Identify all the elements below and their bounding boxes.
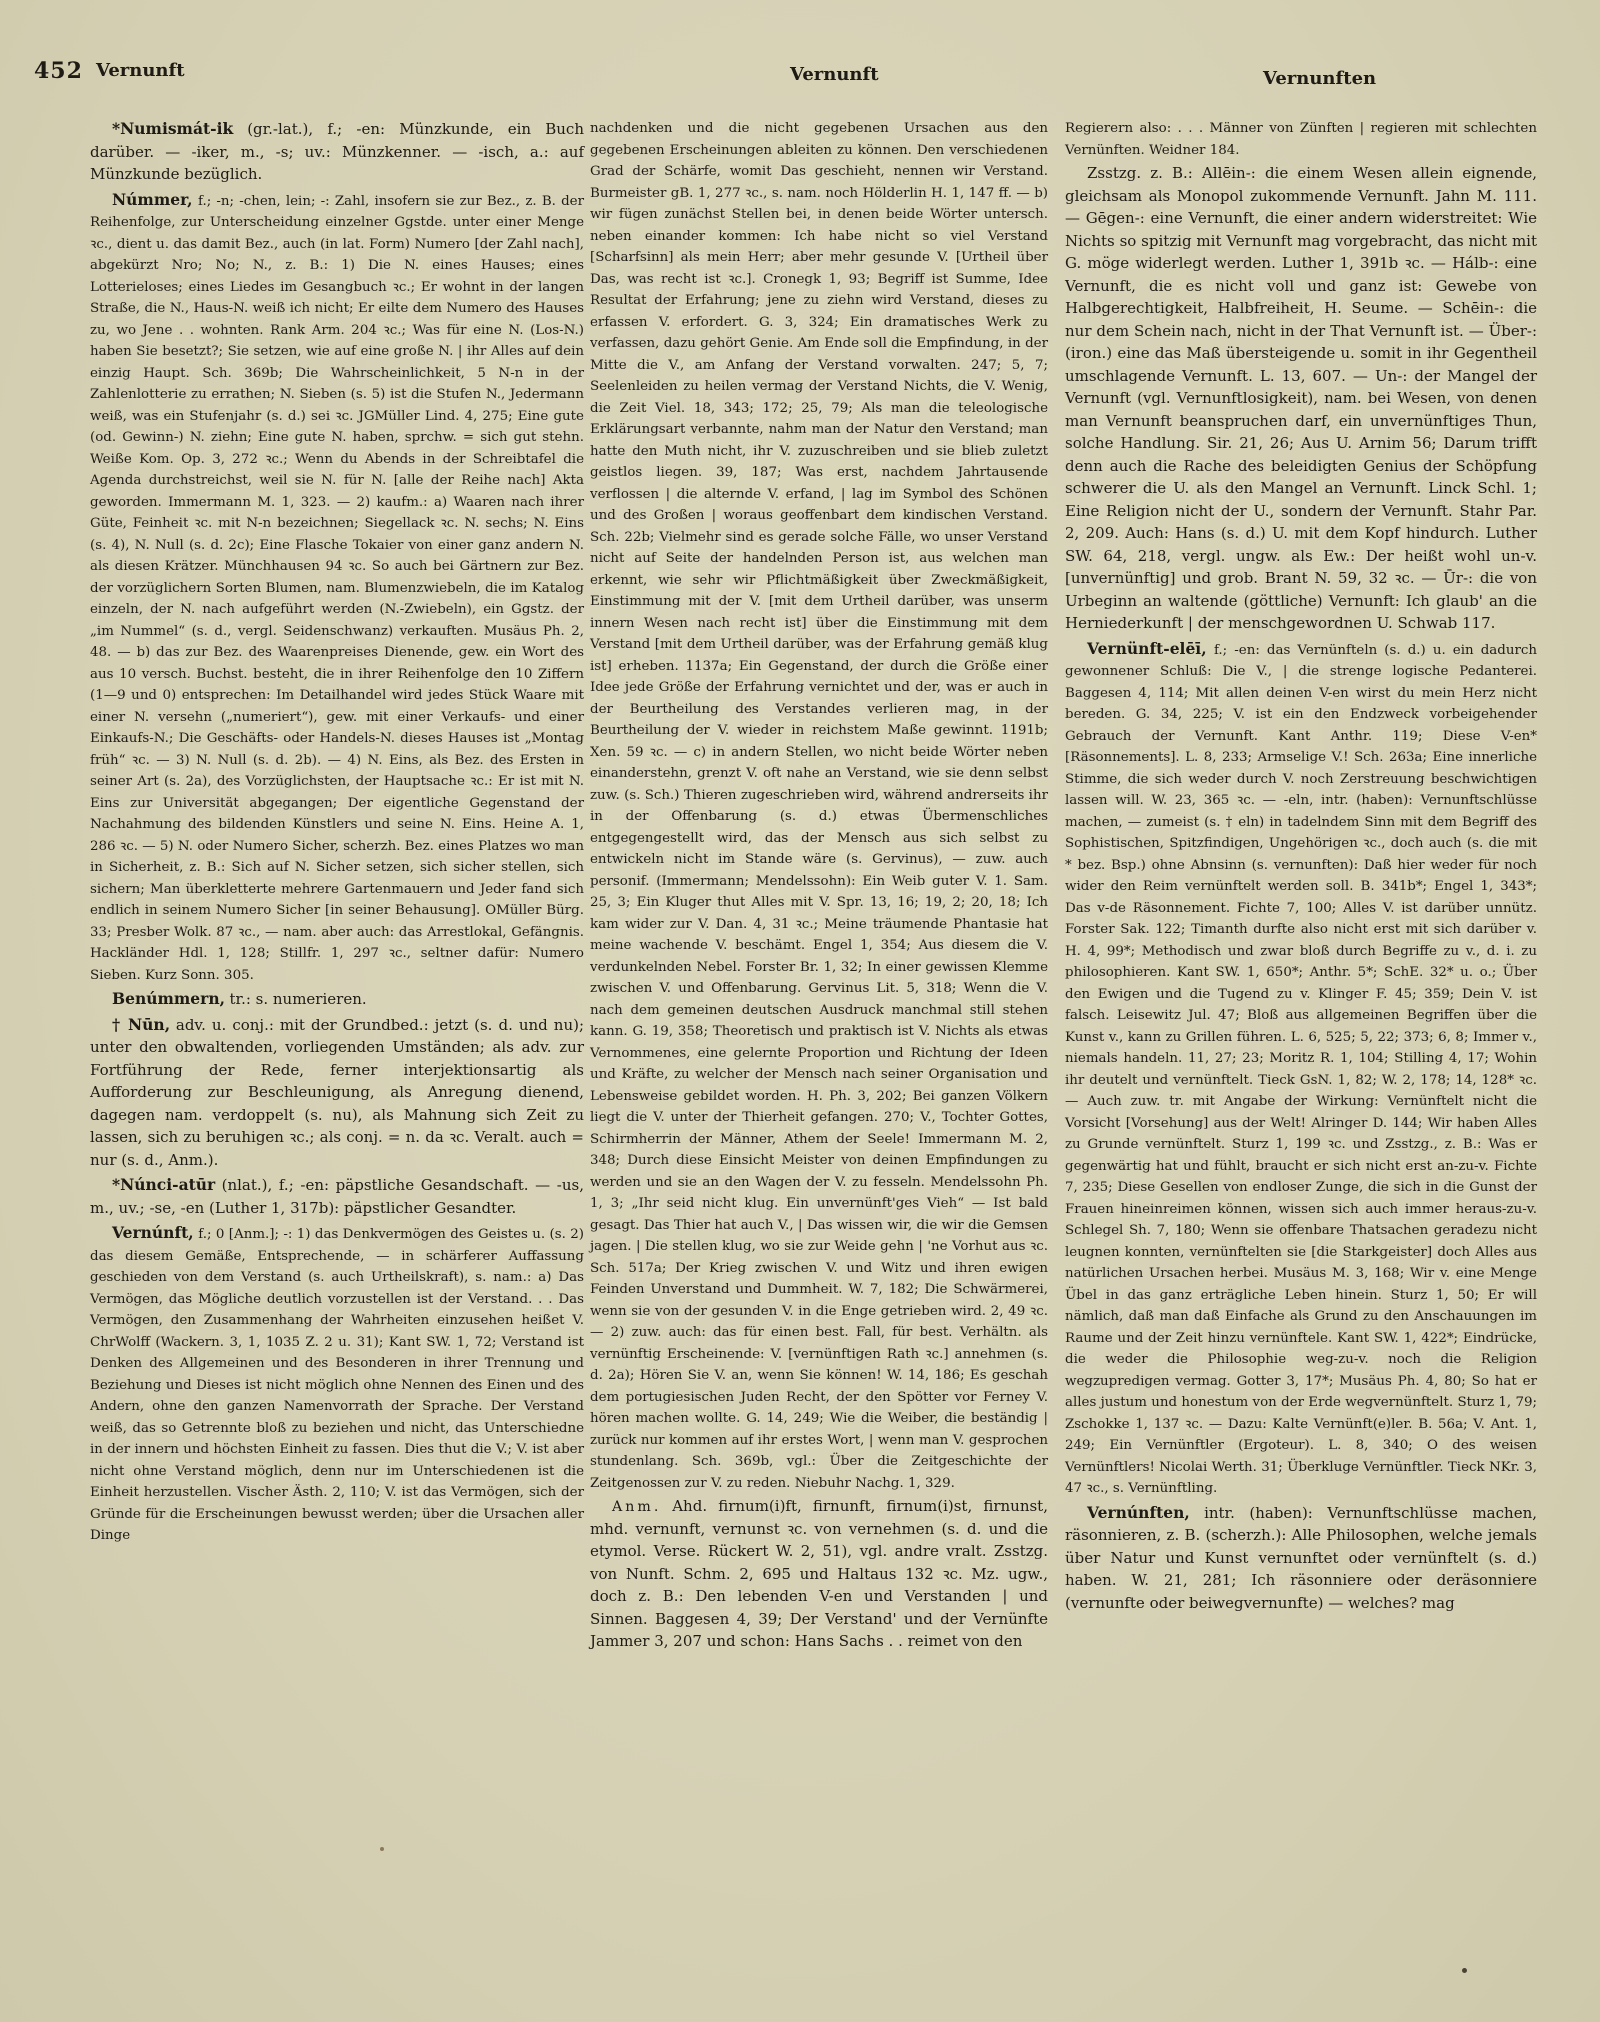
entry-text: f.; -en: das Vernünfteln (s. d.) u. ein …	[1065, 643, 1537, 1497]
column-middle: nachdenken und die nicht gegebenen Ursac…	[590, 118, 1048, 1654]
entry-lemma: † Nūn,	[112, 1015, 170, 1034]
entry-text: f.; 0 [Anm.]; -: 1) das Denkvermögen des…	[90, 1227, 584, 1543]
entry-lemma: Vernúnften,	[1087, 1503, 1190, 1522]
entry-vernunft-continued: nachdenken und die nicht gegebenen Ursac…	[590, 118, 1048, 1494]
entry-text: Ahd. firnum(i)ft, firnunft, firnum(i)st,…	[590, 1497, 1048, 1650]
entry-lemma: *Numismát-ik	[112, 119, 233, 138]
entry-nunciatur: *Núnci-atūr (nlat.), f.; -en: päpstliche…	[90, 1174, 584, 1220]
entry-nummer: Númmer, f.; -n; -chen, lein; -: Zahl, in…	[90, 189, 584, 987]
note-label: Anm.	[612, 1499, 661, 1515]
entry-lemma: *Núnci-atūr	[112, 1175, 215, 1194]
entry-compounds: Zsstzg. z. B.: Allēin-: die einem Wesen …	[1065, 163, 1537, 636]
column-right: Regierern also: . . . Männer von Zünften…	[1065, 118, 1537, 1615]
entry-text: tr.: s. numerieren.	[230, 990, 367, 1008]
guide-word-left: Vernunft	[96, 60, 185, 81]
running-head: 452 Vernunft Vernunft Vernunften	[0, 52, 1600, 92]
entry-lemma: Vernúnft,	[112, 1223, 194, 1242]
entry-nun: † Nūn, adv. u. conj.: mit der Grundbed.:…	[90, 1014, 584, 1173]
entry-text: nachdenken und die nicht gegebenen Ursac…	[590, 121, 1048, 1491]
entry-vernunft: Vernúnft, f.; 0 [Anm.]; -: 1) das Denkve…	[90, 1222, 584, 1547]
entry-lemma: Vernünft-elēī,	[1087, 639, 1207, 658]
entry-text: f.; -n; -chen, lein; -: Zahl, insofern s…	[90, 194, 584, 983]
entry-vernunftelei: Vernünft-elēī, f.; -en: das Vernünfteln …	[1065, 638, 1537, 1500]
guide-word-right: Vernunften	[1263, 68, 1376, 89]
page-number: 452	[34, 58, 83, 84]
entry-note-continued: Regierern also: . . . Männer von Zünften…	[1065, 118, 1537, 161]
entry-text: Zsstzg. z. B.: Allēin-: die einem Wesen …	[1065, 164, 1537, 632]
entry-lemma: Númmer,	[112, 190, 193, 209]
column-left: *Numismát-ik (gr.-lat.), f.; -en: Münzku…	[90, 118, 584, 1547]
entry-vernunft-note: Anm. Ahd. firnum(i)ft, firnunft, firnum(…	[590, 1496, 1048, 1654]
dictionary-page: 452 Vernunft Vernunft Vernunften *Numism…	[0, 0, 1600, 2022]
paper-speck	[1462, 1968, 1467, 1973]
entry-benummern: Benúmmern, tr.: s. numerieren.	[90, 988, 584, 1012]
entry-text: adv. u. conj.: mit der Grundbed.: jetzt …	[90, 1016, 584, 1169]
entry-lemma: Benúmmern,	[112, 989, 225, 1008]
entry-vernunften: Vernúnften, intr. (haben): Vernunftschlü…	[1065, 1502, 1537, 1616]
guide-word-middle: Vernunft	[790, 64, 879, 85]
paper-speck	[380, 1847, 384, 1851]
entry-text: Regierern also: . . . Männer von Zünften…	[1065, 121, 1537, 158]
entry-numismatik: *Numismát-ik (gr.-lat.), f.; -en: Münzku…	[90, 118, 584, 187]
